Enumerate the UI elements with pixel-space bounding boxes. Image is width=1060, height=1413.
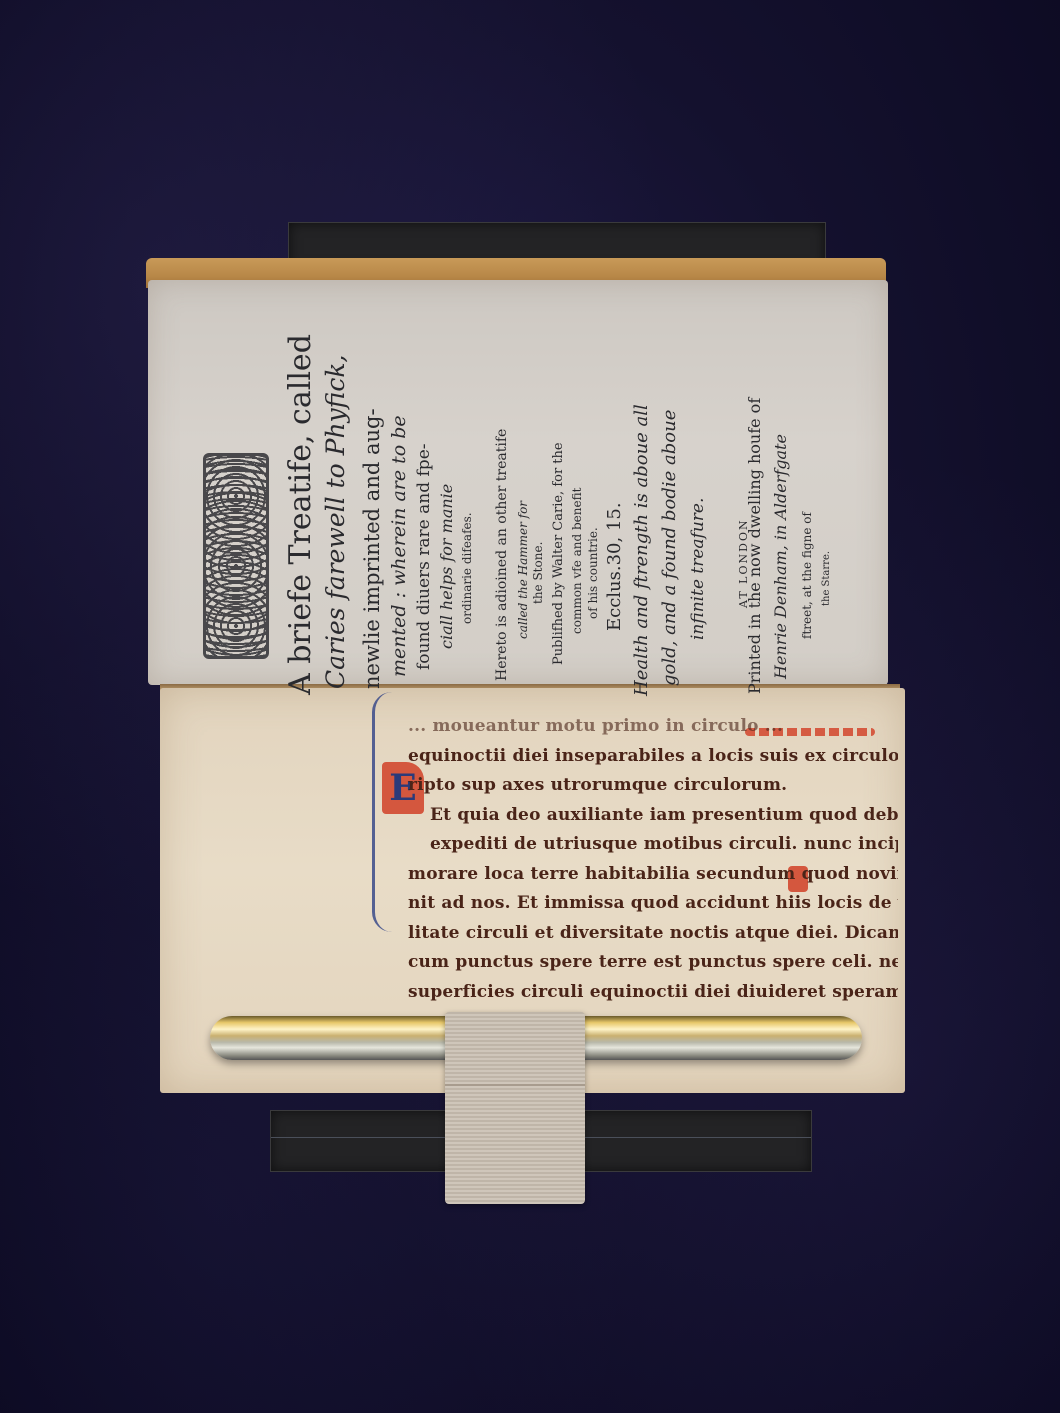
manuscript-line: nit ad nos. Et immissa quod accidunt hii… (408, 889, 898, 919)
title-line: Publifhed by Walter Carie, for the (551, 442, 566, 665)
title-line: Health and ftrength is aboue all (631, 404, 652, 696)
manuscript-text: ... moueantur motu primo in circulo ... … (408, 712, 898, 1007)
manuscript-line: ripto sup axes utrorumque circulorum. (408, 771, 898, 801)
manuscript-line: ... moueantur motu primo in circulo ... (408, 712, 898, 742)
manuscript-line: equinoctii diei inseparabiles a locis su… (408, 742, 898, 772)
woodcut-ornament (203, 453, 269, 659)
title-line: mented : wherein are to be (388, 415, 410, 677)
manuscript-line: litate circuli et diversitate noctis atq… (408, 919, 898, 949)
title-line: ftreet, at the figne of (800, 512, 814, 639)
title-line: found diuers rare and fpe- (414, 444, 434, 671)
title-line: Ecclus.30, 15. (604, 502, 625, 631)
title-line: gold, and a found bodie aboue (659, 410, 680, 686)
cloth-strap (445, 1012, 585, 1204)
title-line: ciall helps for manie (437, 484, 456, 649)
manuscript-line: Et quia deo auxiliante iam presentium qu… (408, 801, 898, 831)
title-line: Hereto is adioined an other treatife (494, 429, 510, 681)
title-line: Henrie Denham, in Alderfgate (771, 434, 790, 679)
title-line: the Starre. (821, 551, 832, 606)
manuscript-line: expediti de utriusque motibus circuli. n… (408, 830, 898, 860)
title-line: Caries farewell to Phyfick, (321, 355, 350, 689)
manuscript-line: cum punctus spere terre est punctus sper… (408, 948, 898, 978)
title-line: common vfe and benefit (570, 488, 584, 634)
manuscript-line: morare loca terre habitabilia secundum q… (408, 860, 898, 890)
title-line: called the Hammer for (516, 501, 530, 639)
title-line: A briefe Treatife, called (283, 334, 318, 695)
title-line: the Stone. (531, 542, 545, 604)
title-line: newlie imprinted and aug- (360, 408, 384, 689)
title-line: ordinarie difeafes. (460, 512, 474, 624)
title-line: of his countrie. (586, 527, 600, 619)
manuscript-line: superficies circuli equinoctii diei diui… (408, 978, 898, 1008)
title-line: infinite treafure. (688, 498, 708, 640)
title-line: Printed in the now dwelling houfe of (745, 398, 764, 694)
